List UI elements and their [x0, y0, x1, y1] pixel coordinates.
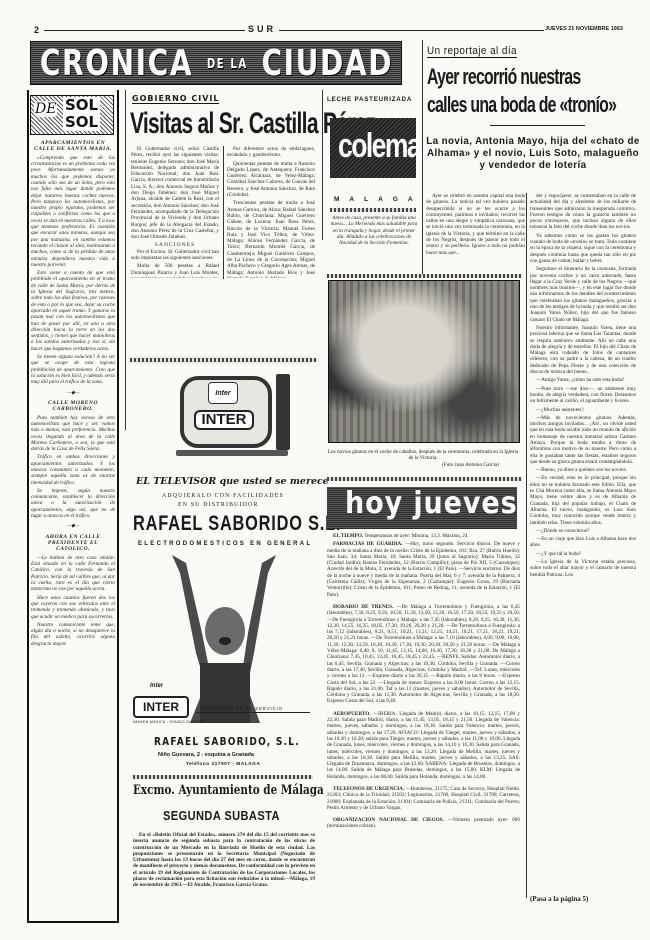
- paragraph: Se tienen alguna solución? A no ser que …: [31, 354, 115, 385]
- notice-title: Excmo. Ayuntamiento de Málaga: [133, 783, 324, 798]
- dealer-name: RAFAEL SABORIDO, S.L.: [154, 735, 300, 748]
- paragraph: Por el Excmo. Sr. Gobernador civil han s…: [131, 249, 219, 262]
- block-lead: FARMACIAS DE GUARDIA.: [333, 541, 403, 547]
- ornamental-rule: [327, 477, 521, 481]
- television-illustration: Inter INTER: [172, 370, 292, 460]
- item-heading: APARCAMIENTOS EN CALLE DE SANTA MARIA.: [31, 140, 115, 153]
- paragraph: Esto viene a cuento de que está prohibid…: [31, 270, 115, 352]
- paragraph: Trescientas pesetas de multa a José Aren…: [227, 200, 315, 278]
- logo-sol-2: SOL: [63, 114, 100, 131]
- ad-line: ADQUIERALO CON FACILIDADES: [162, 493, 284, 499]
- dealer-phone: Teléfono 217907 - MALAGA: [186, 762, 260, 767]
- column-rule: [322, 90, 323, 240]
- column-rule: [422, 40, 423, 275]
- notice-subtitle: SEGUNDA SUBASTA: [163, 808, 280, 823]
- logo-sol-1: SOL: [63, 97, 100, 114]
- paragraph: —Amigo Varea, ¿cómo ha sido esta boda?: [530, 377, 636, 383]
- info-block: HORARIO DE TRENES. —De Málaga a Torremol…: [327, 604, 520, 705]
- section-banner-title: CRONICA DE LA CIUDAD: [39, 43, 392, 84]
- block-lead: AEROPUERTO.: [333, 711, 371, 717]
- block-lead: EL TIEMPO.: [333, 533, 363, 539]
- paragraph: Nuestro informante, Joaquín Varea, tiene…: [530, 325, 636, 375]
- logo-caption: IMAGEN MAGICA - SONIDO GIGANTE: [133, 720, 204, 724]
- service-tagline: SEGURIDAD EN EL SERVICIO: [200, 706, 283, 711]
- ad-slogan: EL TELEVISOR que usted se merece: [136, 476, 329, 487]
- block-text: —Hoy, turno segundo. Servicio diurno. De…: [327, 541, 520, 597]
- section-banner: CRONICA DE LA CIUDAD: [30, 41, 402, 85]
- info-block: AEROPUERTO. —IBERIA: Llegada de Madrid, …: [327, 711, 520, 780]
- wedding-photo: [328, 280, 520, 443]
- block-text: —IBERIA: Llegada de Madrid, diario, a la…: [327, 711, 520, 780]
- ornamental-rule: [327, 274, 521, 278]
- notice-body: En el «Boletín Oficial del Estado», núme…: [133, 832, 315, 902]
- tv-base: [176, 450, 288, 456]
- story-column-b: der y regocijarse, se comentaban en la c…: [530, 193, 636, 886]
- colema-logo: colema: [338, 124, 420, 168]
- ad-city: MALAGA: [334, 196, 423, 203]
- inter-logo: INTER: [194, 410, 254, 430]
- section-label: GOBIERNO CIVIL: [132, 94, 219, 104]
- ad-tagline: Antes de casa, presente a su familia una…: [330, 215, 418, 271]
- paragraph: —¿Dónde se conocieron?: [530, 528, 636, 534]
- ad-tagline-text: Antes de casa, presente a su familia una…: [331, 215, 418, 246]
- story-deck: La novia, Antonia Mayo, hija del «chato …: [426, 136, 640, 172]
- photo-caption: Los novios gitanos en el coche de caball…: [327, 449, 519, 468]
- paragraph: Pues también hay exceso de otro automovi…: [31, 415, 115, 453]
- item-heading: AHORA EN CALLE PRESIDENTE EL CATOLICO.: [31, 534, 115, 553]
- paragraph: der y regocijarse, se comentaban en la c…: [530, 193, 636, 231]
- item-heading: CALLE MORENO CARBONERO.: [31, 400, 115, 413]
- page-number: 2: [34, 25, 39, 35]
- paragraph: —¿Y qué tal la boda?: [530, 551, 636, 557]
- paragraph: —En verdad, esto es lo principal, porque…: [530, 475, 636, 525]
- ornamental-rule: [330, 208, 416, 212]
- paragraph: Se impone, según nuestro comunicante, es…: [31, 488, 115, 519]
- hoy-jueves-title: hoy jueves: [345, 486, 518, 521]
- inter-h-logo: Inter: [150, 683, 163, 689]
- column-rule: [223, 146, 224, 279]
- headline-rule: [490, 125, 585, 126]
- column-rule: [526, 193, 527, 898]
- paragraph: —Más de novecientos gitanos. Además, muc…: [530, 415, 636, 465]
- paragraph: Nuestro comunicante teme que, algún día …: [31, 622, 115, 647]
- block-lead: TELEFONOS DE URGENCIA.: [333, 786, 404, 792]
- ornament-divider: —◆—: [31, 523, 115, 529]
- logo-sol: SOL SOL: [63, 97, 100, 131]
- gobierno-column-a: El Gobernador civil, señor Castilla Pére…: [131, 146, 219, 278]
- sol-column-body: APARCAMIENTOS EN CALLE DE SANTA MARIA. «…: [31, 140, 115, 920]
- column-rule: [125, 90, 126, 430]
- paragraph: —Bueno, ya dime a quiénes son los novios…: [530, 467, 636, 473]
- paper-name: SUR: [245, 24, 279, 34]
- paragraph: Ayer se celebró en nuestra capital una b…: [426, 193, 525, 256]
- paragraph: —Pues mire —me dice—, un ambiente muy bo…: [530, 386, 636, 405]
- ornamental-rule: [130, 358, 316, 362]
- story-column-a: Ayer se celebró en nuestra capital una b…: [426, 193, 525, 275]
- dealer-tagline: ELECTRODOMESTICOS EN GENERAL: [138, 541, 312, 547]
- logo-de: DE: [34, 101, 57, 117]
- story-continues: (Pasa a la página 5): [530, 895, 588, 903]
- paragraph: —¿Muchos asistentes?: [530, 407, 636, 413]
- photo-credit: (Foto Juan Antonio García): [327, 462, 519, 468]
- info-block: EL TIEMPO. Temperaturas de ayer: Mínima,…: [327, 533, 520, 539]
- inter-h-logo: Inter: [208, 382, 238, 404]
- paragraph: Por diferentes actos de embriaguez, escá…: [227, 146, 315, 159]
- block-text: Temperaturas de ayer: Mínima, 13,3. Máxi…: [364, 533, 468, 539]
- issue-date: JUEVES 21 NOVIEMBRE 1963: [545, 26, 623, 32]
- paragraph: Hace unos cuantos fueron dos los que cay…: [31, 595, 115, 620]
- block-text: —De Málaga a Torremolinos y Fuengirola, …: [327, 604, 520, 704]
- caption-text: Los novios gitanos en el coche de caball…: [327, 449, 519, 462]
- gobierno-column-b: Por diferentes actos de embriaguez, escá…: [227, 146, 315, 278]
- paragraph: Multa de 500 pesetas a Rafael Domínguez …: [131, 263, 219, 278]
- banner-word-cronica: CRONICA: [39, 43, 192, 84]
- paragraph: «Comprendo que esto de las circunstancia…: [31, 155, 115, 268]
- info-block: TELEFONOS DE URGENCIA. —Bomberos, 21175;…: [327, 786, 520, 811]
- ornament-divider: —◆—: [31, 390, 115, 396]
- banner-word-de-la: DE LA: [206, 59, 247, 71]
- ad-line: EN SU DISTRIBUIDOR: [178, 502, 259, 508]
- story-headline-line-2: calles una boda de «tronío»: [427, 92, 616, 118]
- paragraph: Seguimos el itinerario de la caravana, f…: [530, 266, 636, 323]
- info-block: ORGANIZACION NACIONAL DE CIEGOS. —Número…: [327, 817, 520, 830]
- masthead-rule: [44, 30, 544, 31]
- tv-control-panel: [276, 374, 290, 450]
- service-rule: [196, 712, 310, 713]
- paragraph: El Gobernador civil, señor Castilla Pére…: [131, 146, 219, 240]
- paragraph: En el «Boletín Oficial del Estado», núme…: [133, 832, 315, 889]
- paragraph: —En un viaje que hizo Luis a Alhama hace…: [530, 536, 636, 549]
- ad-top-line: LECHE PASTEURIZADA: [327, 96, 412, 103]
- paragraph: —La iglesia de la Victoria estaba precio…: [530, 559, 636, 578]
- story-kicker: Un reportaje al día: [427, 45, 517, 58]
- paragraph: Tráfico en ambas direcciones y aparcamie…: [31, 454, 115, 485]
- hoy-jueves-body: EL TIEMPO. Temperaturas de ayer: Mínima,…: [327, 533, 520, 903]
- banner-word-ciudad: CIUDAD: [261, 43, 393, 84]
- dealer-address: Niño Guevara, 2 - esquina a Granada: [158, 752, 254, 758]
- paragraph: Ya sabemos cómo se las gastan los gitano…: [530, 233, 636, 264]
- info-block: FARMACIAS DE GUARDIA. —Hoy, turno segund…: [327, 541, 520, 598]
- story-headline-line-1: Ayer recorrió nuestras: [427, 64, 580, 90]
- inter-logo: INTER: [133, 696, 189, 718]
- dealer-name: RAFAEL SABORIDO S.L.: [133, 512, 341, 536]
- paragraph: —Le hablan de otro caso similar. Está si…: [31, 555, 115, 593]
- ornamental-rule: [133, 775, 313, 779]
- paragraph: Quinientas pesetas de multa a Antonio De…: [227, 161, 315, 199]
